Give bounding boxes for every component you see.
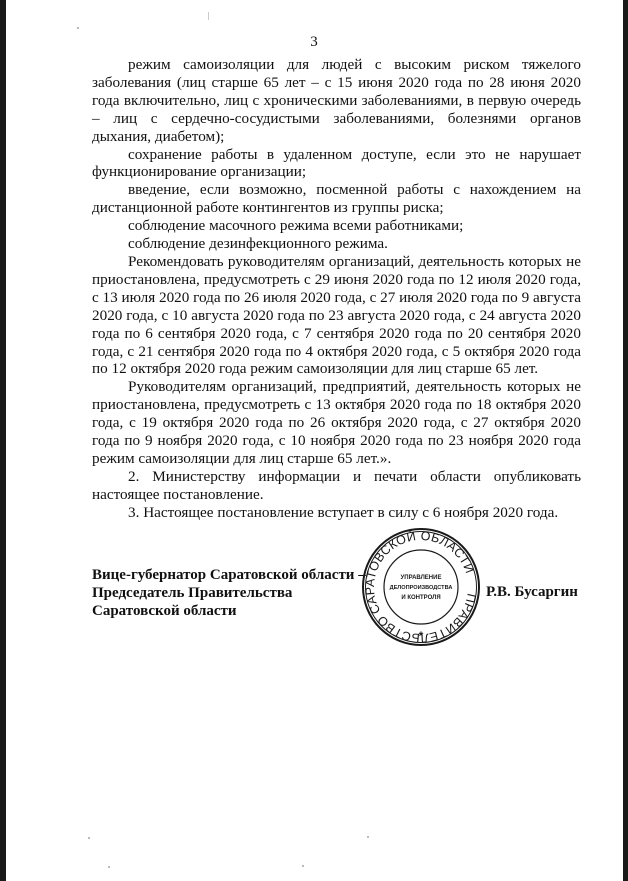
paragraph-remote-work: сохранение работы в удаленном доступе, е…	[92, 146, 581, 182]
scan-speck	[208, 12, 209, 20]
stamp-inner-line: УПРАВЛЕНИЕ	[401, 575, 442, 581]
seal-icon: ПРАВИТЕЛЬСТВО САРАТОВСКОЙ ОБЛАСТИ * УПРА…	[360, 526, 482, 648]
page-number: 3	[0, 34, 628, 51]
official-seal-stamp: ПРАВИТЕЛЬСТВО САРАТОВСКОЙ ОБЛАСТИ * УПРА…	[360, 526, 482, 648]
paragraph-recommendation-autumn: Руководителям организаций, предприятий, …	[92, 378, 581, 468]
signatory-title-line: Председатель Правительства	[92, 584, 366, 602]
paragraph-mask-regime: соблюдение масочного режима всеми работн…	[92, 217, 581, 235]
stamp-star: *	[419, 629, 424, 643]
stamp-inner-line: ДЕЛОПРОИЗВОДСТВА	[390, 585, 453, 591]
document-body: режим самоизоляции для людей с высоким р…	[92, 56, 581, 522]
scan-speck	[367, 836, 369, 838]
scan-speck	[302, 865, 304, 867]
scan-speck	[88, 837, 90, 839]
scan-speck	[108, 866, 110, 868]
paragraph-item-2: 2. Министерству информации и печати обла…	[92, 468, 581, 504]
scan-edge-right	[623, 0, 628, 881]
scan-speck	[77, 27, 79, 29]
paragraph-recommendation-summer: Рекомендовать руководителям организаций,…	[92, 253, 581, 378]
signer-name: Р.В. Бусаргин	[486, 584, 578, 601]
paragraph-item-3: 3. Настоящее постановление вступает в си…	[92, 504, 581, 522]
paragraph-self-isolation: режим самоизоляции для людей с высоким р…	[92, 56, 581, 146]
paragraph-disinfection: соблюдение дезинфекционного режима.	[92, 235, 581, 253]
signatory-title-line: Вице-губернатор Саратовской области –	[92, 566, 366, 584]
stamp-inner-line: И КОНТРОЛЯ	[401, 595, 440, 601]
signatory-title: Вице-губернатор Саратовской области – Пр…	[92, 566, 366, 620]
scan-edge-left	[0, 0, 6, 881]
signatory-title-line: Саратовской области	[92, 602, 366, 620]
paragraph-shift-work: введение, если возможно, посменной работ…	[92, 181, 581, 217]
